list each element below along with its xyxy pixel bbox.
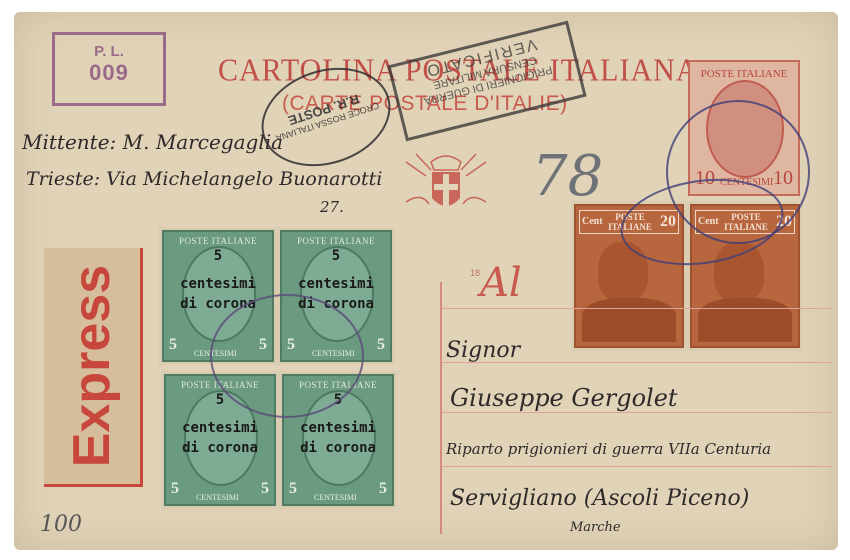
pencil-price-mark: 100 — [40, 512, 82, 537]
address-line — [442, 466, 832, 467]
green-stamp-value: 5 — [261, 480, 269, 498]
recipient-town: Servigliano (Ascoli Piceno) — [450, 486, 749, 511]
overprint-value: 5 — [164, 248, 272, 265]
overprint-value: 5 — [282, 248, 390, 265]
address-line — [442, 412, 832, 413]
brown-stamp-cent: Cent — [582, 216, 603, 227]
censor-handstamp: VERIFICATO CENSURA MILITARE PRIGIONIERI … — [387, 21, 586, 142]
green-stamp-header: POSTE ITALIANE — [282, 236, 390, 246]
savoy-crest-icon — [396, 152, 496, 232]
postmark-cancel — [210, 294, 364, 418]
sender-line3: 27. — [320, 198, 344, 216]
overprint-di-corona: di corona — [284, 440, 392, 457]
overprint-centesimi: centesimi — [284, 420, 392, 437]
printed-number: 18 — [470, 268, 480, 278]
sender-line2: Trieste: Via Michelangelo Buonarotti — [26, 168, 382, 190]
green-stamp-unit: CENTESIMI — [196, 493, 239, 502]
uniform-shape — [582, 298, 676, 342]
recipient-region: Marche — [570, 520, 621, 535]
pl-line2: 009 — [55, 60, 163, 86]
address-line — [442, 308, 832, 309]
uniform-shape — [698, 298, 792, 342]
address-divider — [440, 282, 442, 534]
recipient-name: Giuseppe Gergolet — [450, 384, 678, 412]
green-stamp-header: POSTE ITALIANE — [164, 236, 272, 246]
express-label: Express — [44, 248, 143, 487]
pl-handstamp: P. L. 009 — [52, 32, 166, 106]
overprint-di-corona: di corona — [166, 440, 274, 457]
green-stamp-unit: CENTESIMI — [314, 493, 357, 502]
express-text: Express — [62, 265, 122, 467]
sender-line1: Mittente: M. Marcegaglia — [22, 130, 283, 154]
overprint-centesimi: centesimi — [282, 276, 390, 293]
green-stamp-value: 5 — [169, 336, 177, 354]
green-stamp-value: 5 — [379, 480, 387, 498]
recipient-unit: Riparto prigionieri di guerra VIIa Centu… — [446, 440, 771, 458]
overprint-centesimi: centesimi — [164, 276, 272, 293]
overprint-centesimi: centesimi — [166, 420, 274, 437]
address-prefix: Al — [480, 260, 522, 306]
green-stamp-value: 5 — [171, 480, 179, 498]
green-stamp-value: 5 — [289, 480, 297, 498]
imprinted-stamp-header: POSTE ITALIANE — [690, 68, 798, 80]
green-stamp-value: 5 — [377, 336, 385, 354]
recipient-salutation: Signor — [446, 338, 520, 363]
blue-pencil-mark: 78 — [532, 144, 603, 209]
pl-line1: P. L. — [55, 43, 163, 60]
postcard: P. L. 009 CARTOLINA POSTALE ITALIANA (CA… — [14, 12, 838, 550]
